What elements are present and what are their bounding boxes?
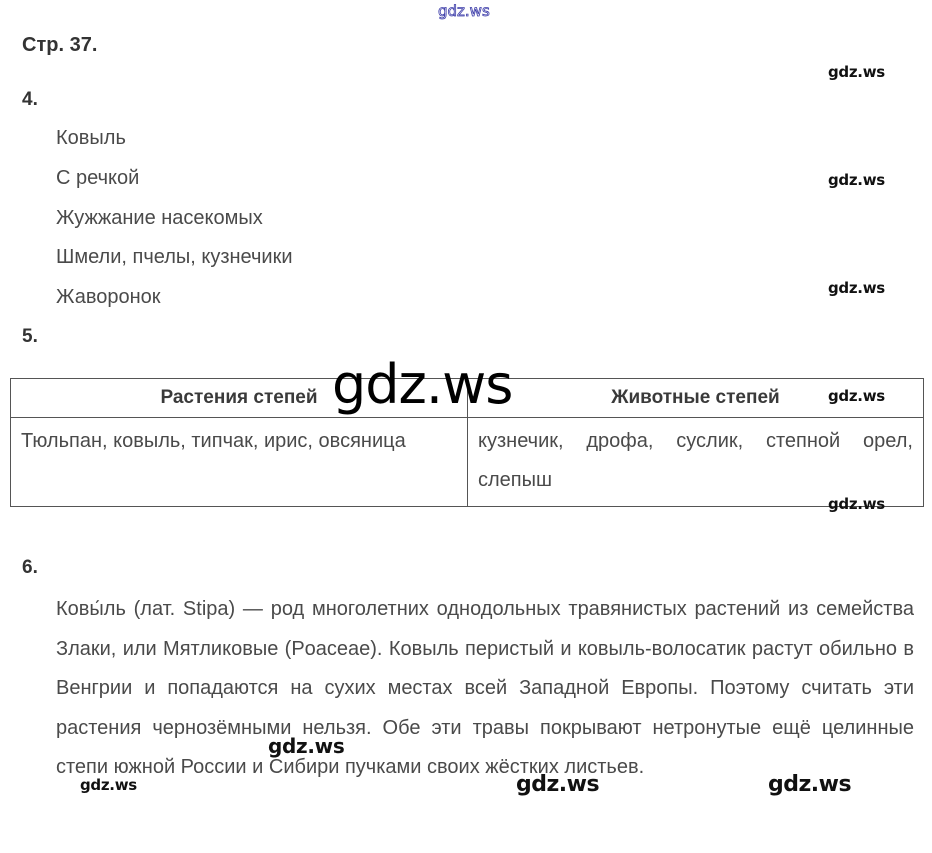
list-item: Ковыль	[56, 127, 126, 150]
task6-paragraph: Ковы́ль (лат. Stipa) — род многолетних о…	[56, 590, 914, 788]
watermark: gdz.ws	[516, 772, 599, 797]
watermark: gdz.ws	[828, 279, 885, 297]
watermark: gdz.ws	[828, 63, 885, 81]
list-item: Жужжание насекомых	[56, 207, 263, 230]
watermark: gdz.ws	[80, 776, 137, 794]
task5-number: 5.	[22, 326, 38, 348]
page-title: Стр. 37.	[22, 34, 97, 57]
watermark-large: gdz.ws	[332, 358, 512, 412]
task6-number: 6.	[22, 557, 38, 579]
watermark: gdz.ws	[768, 772, 851, 797]
task4-number: 4.	[22, 89, 38, 111]
watermark: gdz.ws	[828, 495, 885, 513]
watermark: gdz.ws	[268, 734, 344, 758]
cell-animals: кузнечик, дрофа, суслик, степной орел, с…	[468, 418, 924, 507]
table-row: Тюльпан, ковыль, типчак, ирис, овсяница …	[11, 418, 924, 507]
watermark: gdz.ws	[828, 171, 885, 189]
cell-plants: Тюльпан, ковыль, типчак, ирис, овсяница	[11, 418, 468, 507]
watermark: gdz.ws	[828, 387, 885, 405]
watermark-top: gdz.ws	[438, 2, 490, 20]
list-item: Шмели, пчелы, кузнечики	[56, 246, 293, 269]
list-item: Жаворонок	[56, 286, 161, 309]
list-item: С речкой	[56, 167, 139, 190]
